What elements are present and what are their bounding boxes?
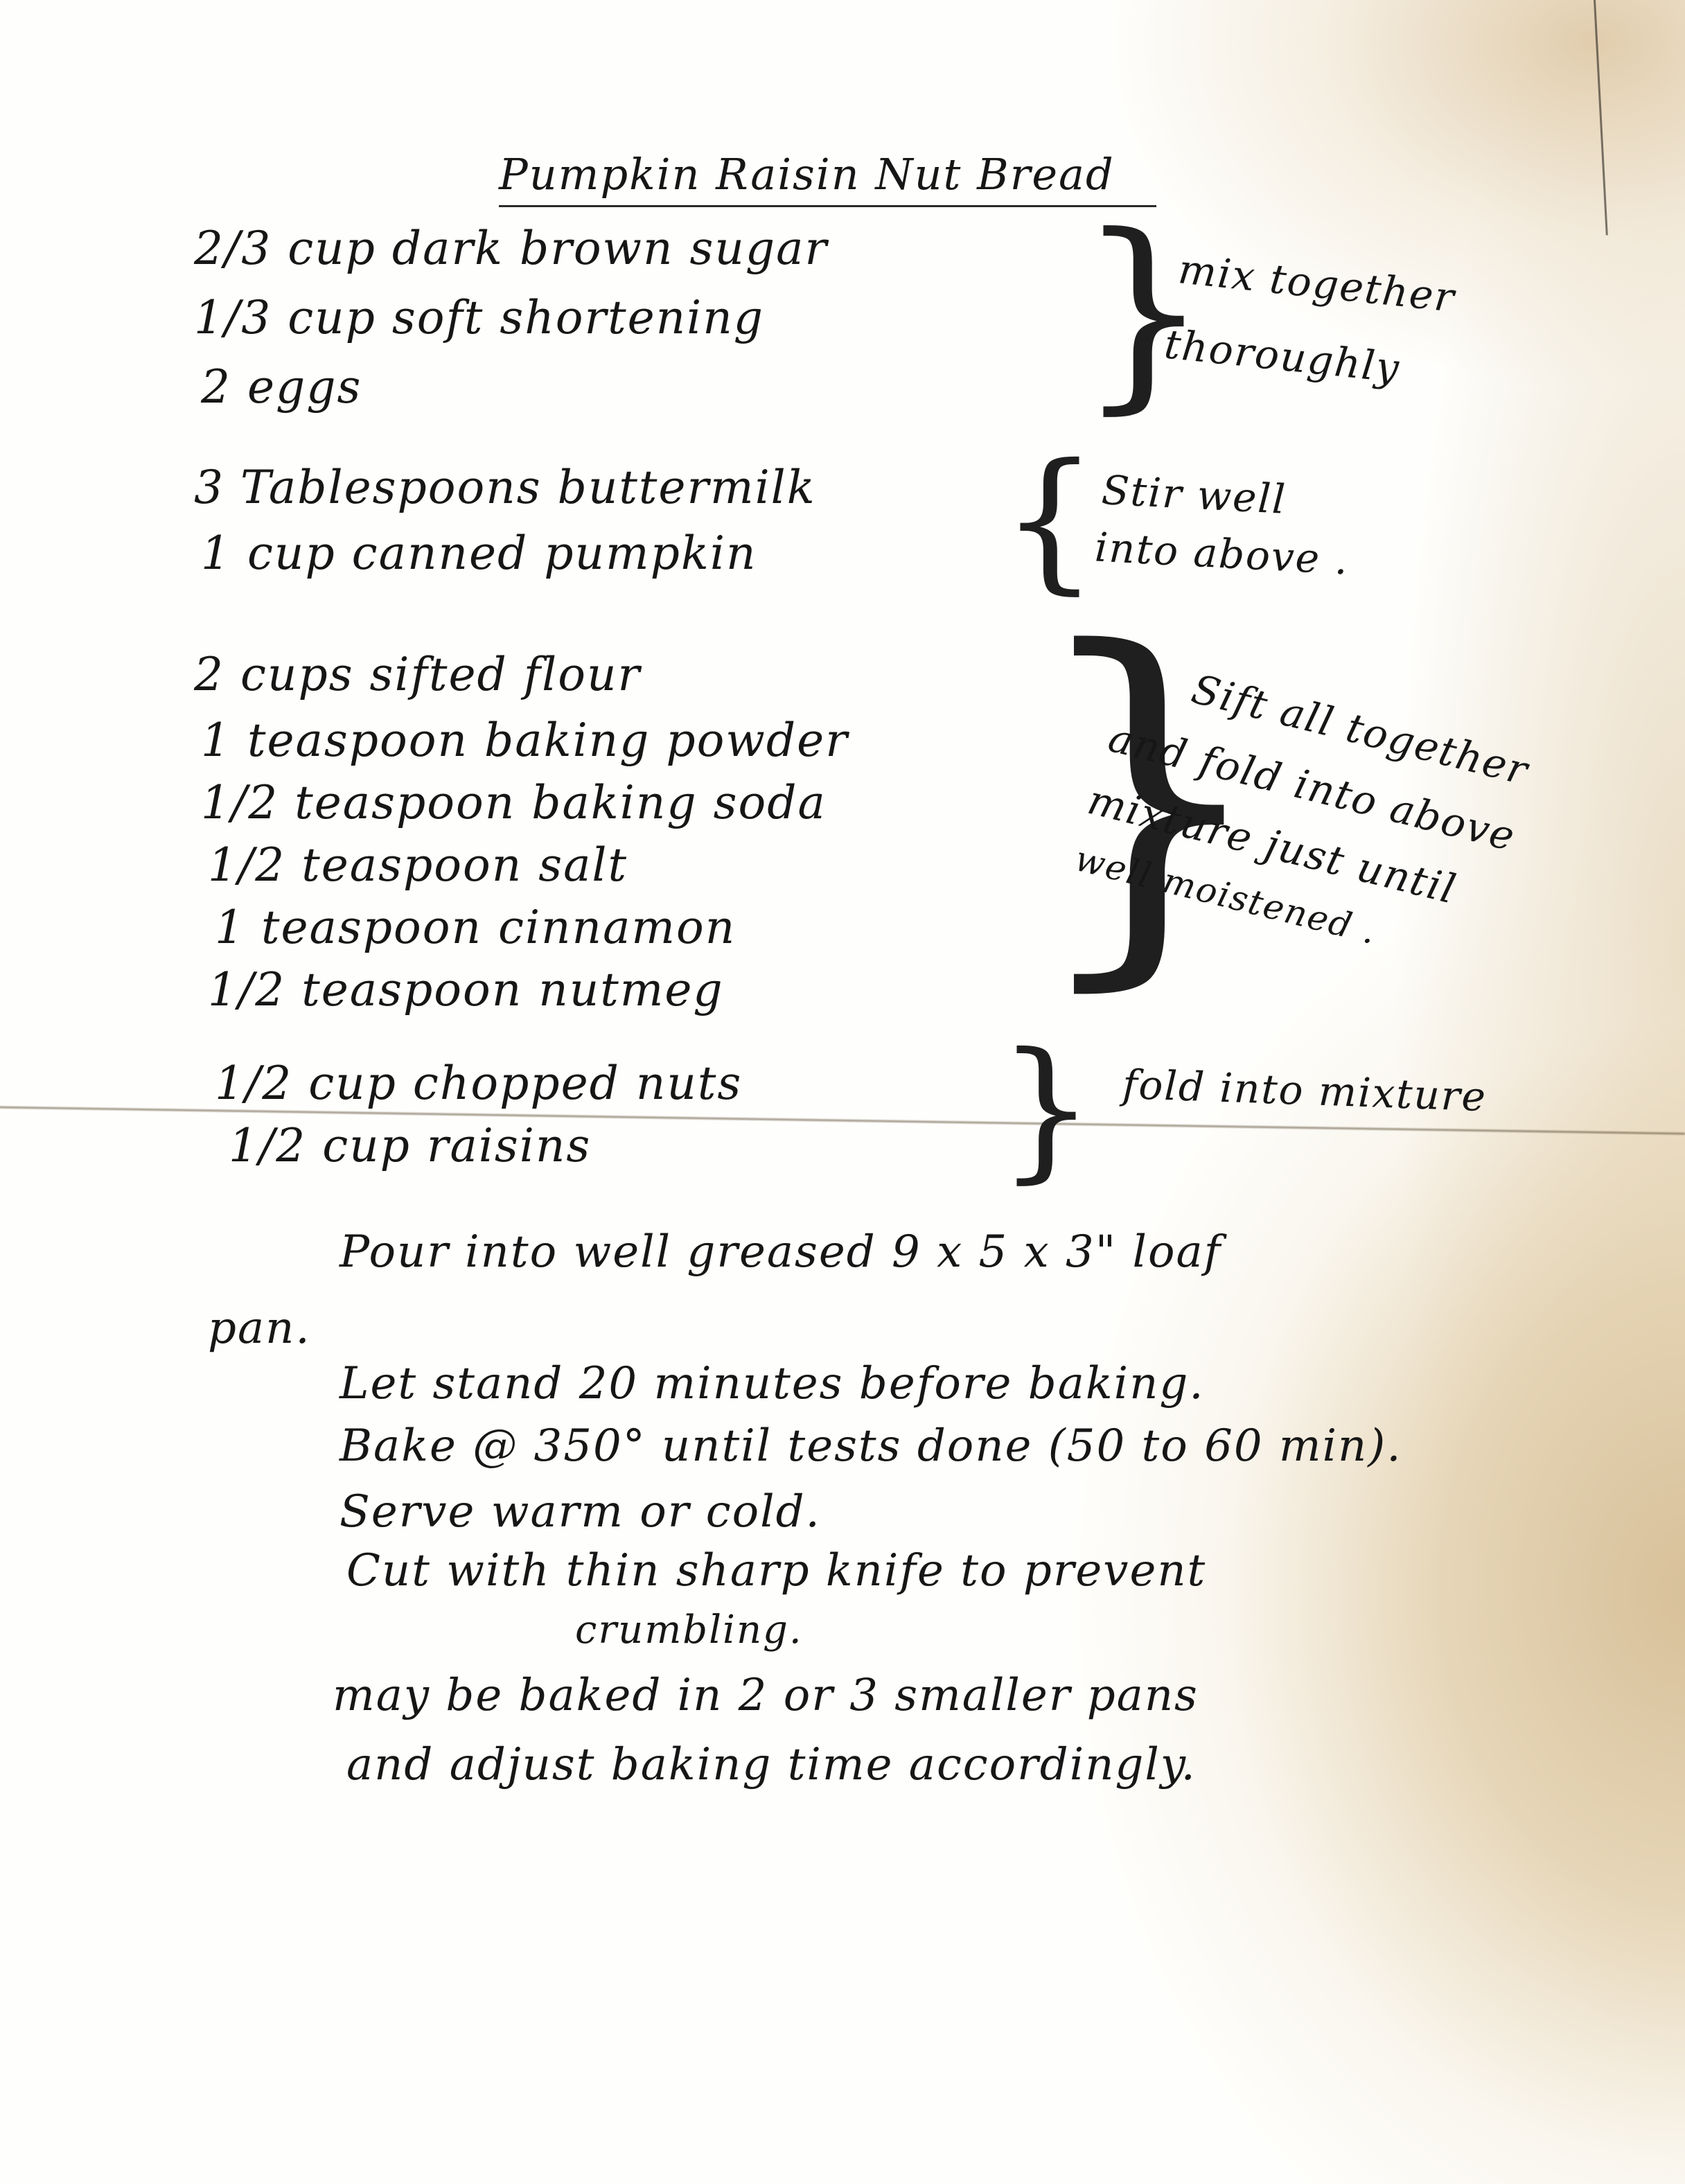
ingredient-line: 2 eggs bbox=[201, 360, 362, 414]
group-note: Stir well bbox=[1100, 466, 1287, 523]
ingredient-line: 1/3 cup soft shortening bbox=[194, 291, 764, 344]
ingredient-line: 2/3 cup dark brown sugar bbox=[194, 222, 828, 275]
ingredient-line: 3 Tablespoons buttermilk bbox=[194, 461, 816, 514]
ingredient-line: 1/2 teaspoon salt bbox=[208, 838, 628, 892]
instruction-line: crumbling. bbox=[575, 1608, 803, 1653]
instruction-line: Cut with thin sharp knife to prevent bbox=[346, 1545, 1206, 1596]
instruction-line: pan. bbox=[208, 1303, 311, 1354]
ingredient-line: 1/2 cup raisins bbox=[229, 1119, 591, 1172]
ingredient-line: 1 teaspoon cinnamon bbox=[215, 901, 736, 954]
ingredient-line: 2 cups sifted flour bbox=[194, 648, 641, 701]
curly-brace: } bbox=[998, 1032, 1095, 1185]
instruction-line: Serve warm or cold. bbox=[339, 1486, 821, 1538]
curly-brace: } bbox=[1077, 208, 1210, 416]
ingredient-line: 1 teaspoon baking powder bbox=[201, 714, 849, 767]
recipe-title: Pumpkin Raisin Nut Bread bbox=[499, 149, 1156, 207]
instruction-line: Pour into well greased 9 x 5 x 3" loaf bbox=[339, 1226, 1221, 1278]
instruction-line: and adjust baking time accordingly. bbox=[346, 1739, 1197, 1790]
ingredient-line-with-correction: 1/2 teaspoon baking soda bbox=[201, 776, 827, 829]
instruction-line: Bake @ 350° until tests done (50 to 60 m… bbox=[339, 1420, 1402, 1472]
instruction-line: may be baked in 2 or 3 smaller pans bbox=[333, 1670, 1199, 1721]
ingredient-line: 1/2 cup chopped nuts bbox=[215, 1057, 742, 1110]
ingredient-line: 1/2 teaspoon nutmeg bbox=[208, 963, 724, 1016]
instruction-line: Let stand 20 minutes before baking. bbox=[339, 1358, 1205, 1409]
ingredient-line: 1 cup canned pumpkin bbox=[201, 527, 757, 580]
